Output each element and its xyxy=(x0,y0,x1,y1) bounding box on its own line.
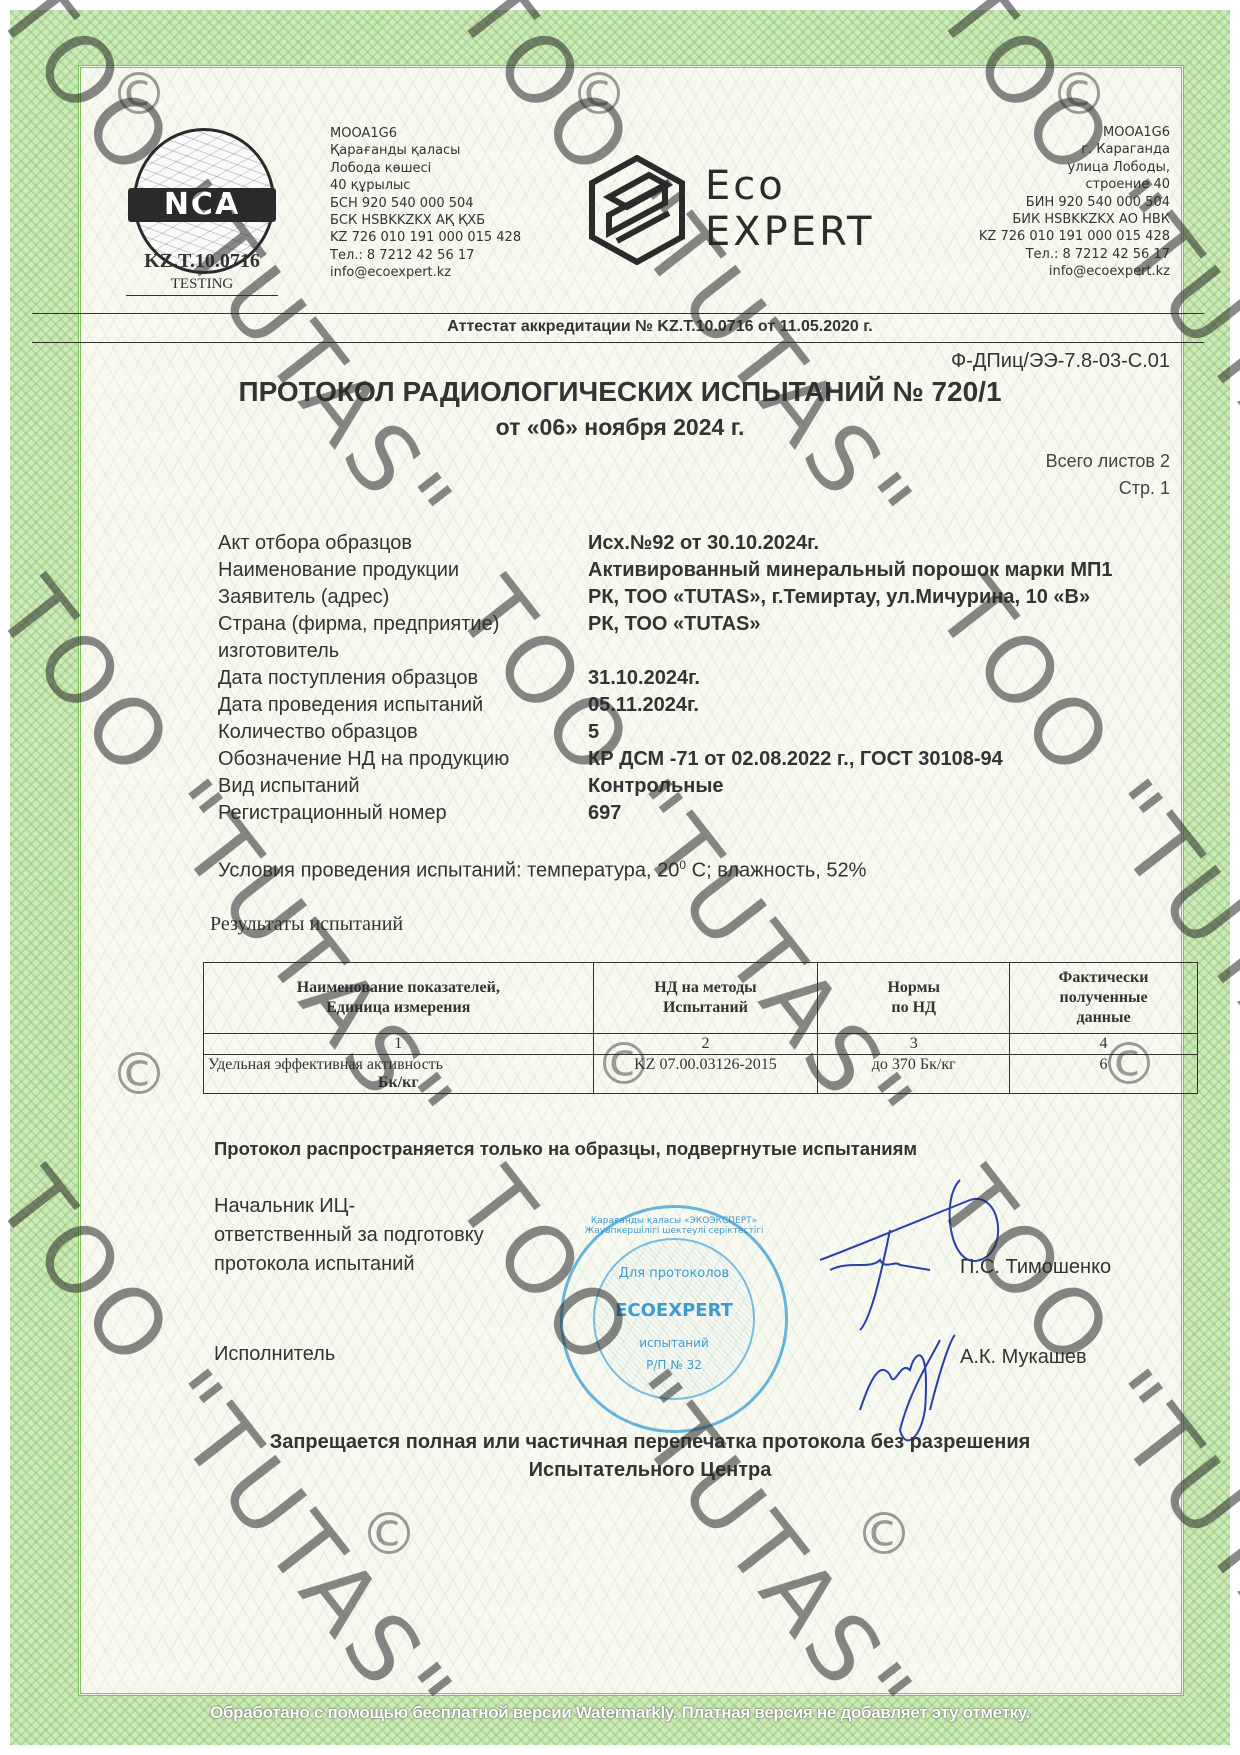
total-sheets: Всего листов 2 xyxy=(1046,448,1170,475)
address-line: БСК HSBKKZKX АҚ ҚХБ xyxy=(330,212,521,229)
info-value: 5 xyxy=(588,719,599,746)
info-label: Наименование продукции xyxy=(218,557,588,584)
page-number: Стр. 1 xyxy=(1046,475,1170,502)
sheet-info: Всего листов 2 Стр. 1 xyxy=(1046,448,1170,502)
stamp-reg-number: Р/П № 32 xyxy=(563,1358,785,1372)
prohibition-line: Испытательного Центра xyxy=(60,1456,1240,1484)
brand-line1: Eco xyxy=(705,163,874,209)
header-line: полученные xyxy=(1014,988,1193,1008)
header-line: данные xyxy=(1014,1008,1193,1028)
info-value: 697 xyxy=(588,800,621,827)
conditions-text: С; влажность, 52% xyxy=(686,860,866,882)
brand-name: Eco Expert xyxy=(705,163,874,255)
info-label: Количество образцов xyxy=(218,719,588,746)
address-line: г. Караганда xyxy=(979,141,1170,158)
column-number: 3 xyxy=(818,1034,1010,1055)
info-row: Дата поступления образцов31.10.2024г. xyxy=(218,665,1113,692)
column-header: Фактическиполученныеданные xyxy=(1010,963,1198,1034)
info-label: Дата проведения испытаний xyxy=(218,692,588,719)
column-header: Нормыпо НД xyxy=(818,963,1010,1034)
eco-expert-logo: Eco Expert xyxy=(587,155,907,265)
info-value: 31.10.2024г. xyxy=(588,665,700,692)
norm-cell: до 370 Бк/кг xyxy=(818,1055,1010,1094)
address-line: Қарағанды қаласы xyxy=(330,142,521,159)
info-label: Страна (фирма, предприятие) xyxy=(218,611,588,638)
conditions-text: Условия проведения испытаний: температур… xyxy=(218,860,679,882)
stamp-label: испытаний xyxy=(563,1336,785,1350)
info-value: Контрольные xyxy=(588,773,724,800)
info-value: РК, ТОО «TUTAS», г.Темиртау, ул.Мичурина… xyxy=(588,584,1090,611)
address-line: Тел.: 8 7212 42 56 17 xyxy=(330,247,521,264)
address-line: БИК HSBKKZKX АО НВК xyxy=(979,211,1170,228)
column-number: 1 xyxy=(204,1034,594,1055)
column-number: 4 xyxy=(1010,1034,1198,1055)
header-line: по НД xyxy=(822,998,1005,1018)
scope-disclaimer: Протокол распространяется только на обра… xyxy=(214,1138,917,1160)
stamp-brand: ECOEXPERT xyxy=(563,1300,785,1321)
indicator-unit: Бк/кг xyxy=(208,1074,589,1092)
role-line: ответственный за подготовку xyxy=(214,1221,484,1250)
table-row: Удельная эффективная активностьБк/кг KZ … xyxy=(204,1055,1198,1094)
info-row: Акт отбора образцовИсх.№92 от 30.10.2024… xyxy=(218,530,1113,557)
info-row: Количество образцов5 xyxy=(218,719,1113,746)
header-line: Нормы xyxy=(822,978,1005,998)
column-header: Наименование показателей,Единица измерен… xyxy=(204,963,594,1034)
address-line: KZ 726 010 191 000 015 428 xyxy=(979,228,1170,245)
address-kazakh: MOOA1G6 Қарағанды қаласы Лобода көшесі 4… xyxy=(330,125,521,282)
header-line: Наименование показателей, xyxy=(208,978,589,998)
info-label: изготовитель xyxy=(218,638,588,665)
nca-caption: TESTING xyxy=(126,276,278,296)
info-row: изготовитель xyxy=(218,638,1113,665)
info-row: Заявитель (адрес)РК, ТОО «TUTAS», г.Теми… xyxy=(218,584,1113,611)
indicator-cell: Удельная эффективная активностьБк/кг xyxy=(204,1055,594,1094)
method-cell: KZ 07.00.03126-2015 xyxy=(593,1055,818,1094)
executor-role: Исполнитель xyxy=(214,1343,335,1366)
address-line: 40 құрылыс xyxy=(330,177,521,194)
address-line: Тел.: 8 7212 42 56 17 xyxy=(979,246,1170,263)
info-label: Обозначение НД на продукцию xyxy=(218,746,588,773)
form-code: Ф-ДПиц/ЭЭ-7.8-03-С.01 xyxy=(951,350,1170,373)
stamp-outer-text: Қарағанды қаласы «ЭКОЭКСПЕРТ» Жауапкерші… xyxy=(563,1216,785,1236)
header-line: Испытаний xyxy=(598,998,814,1018)
address-line: KZ 726 010 191 000 015 428 xyxy=(330,229,521,246)
accreditation-certificate: Аттестат аккредитации № KZ.T.10.0716 от … xyxy=(0,318,1240,336)
address-line: БСН 920 540 000 504 xyxy=(330,195,521,212)
role-line: Начальник ИЦ- xyxy=(214,1192,484,1221)
watermarkly-note: Обработано с помощью бесплатной версии W… xyxy=(0,1703,1240,1723)
nca-accreditation-code: KZ.T.10.0716 xyxy=(126,250,278,273)
address-line: Лобода көшесі xyxy=(330,160,521,177)
address-line: MOOA1G6 xyxy=(979,124,1170,141)
document-title: ПРОТОКОЛ РАДИОЛОГИЧЕСКИХ ИСПЫТАНИЙ № 720… xyxy=(0,376,1240,408)
reprint-prohibition: Запрещается полная или частичная перепеч… xyxy=(0,1428,1240,1484)
column-number-row: 1 2 3 4 xyxy=(204,1034,1198,1055)
info-label: Регистрационный номер xyxy=(218,800,588,827)
stamp-label: Для протоколов xyxy=(563,1266,785,1281)
actual-value-cell: 6 xyxy=(1010,1055,1198,1094)
info-row: Дата проведения испытаний05.11.2024г. xyxy=(218,692,1113,719)
header-line: Фактически xyxy=(1014,968,1193,988)
hexagon-logo-icon xyxy=(587,155,687,265)
role-line: протокола испытаний xyxy=(214,1250,484,1279)
info-value: 05.11.2024г. xyxy=(588,692,699,719)
address-line: БИН 920 540 000 504 xyxy=(979,194,1170,211)
brand-line2: Expert xyxy=(705,209,874,255)
email-line: info@ecoexpert.kz xyxy=(330,264,521,281)
info-row: Вид испытанийКонтрольные xyxy=(218,773,1113,800)
header-line: НД на методы xyxy=(598,978,814,998)
info-row: Регистрационный номер697 xyxy=(218,800,1113,827)
info-label: Акт отбора образцов xyxy=(218,530,588,557)
divider xyxy=(32,313,1204,314)
nca-logo-text: NCA xyxy=(128,188,276,222)
info-row: Наименование продукцииАктивированный мин… xyxy=(218,557,1113,584)
test-conditions: Условия проведения испытаний: температур… xyxy=(218,858,866,883)
prohibition-line: Запрещается полная или частичная перепеч… xyxy=(60,1428,1240,1456)
table-header-row: Наименование показателей,Единица измерен… xyxy=(204,963,1198,1034)
info-label: Дата поступления образцов xyxy=(218,665,588,692)
info-value: РК, ТОО «TUTAS» xyxy=(588,611,760,638)
info-value: Активированный минеральный порошок марки… xyxy=(588,557,1113,584)
indicator-name: Удельная эффективная активность xyxy=(208,1056,589,1074)
column-number: 2 xyxy=(593,1034,818,1055)
official-stamp: Қарағанды қаласы «ЭКОЭКСПЕРТ» Жауапкерші… xyxy=(560,1205,788,1433)
email-line: info@ecoexpert.kz xyxy=(979,263,1170,280)
info-label: Заявитель (адрес) xyxy=(218,584,588,611)
info-value: Исх.№92 от 30.10.2024г. xyxy=(588,530,819,557)
info-row: Обозначение НД на продукциюКР ДСМ -71 от… xyxy=(218,746,1113,773)
address-line: MOOA1G6 xyxy=(330,125,521,142)
info-label: Вид испытаний xyxy=(218,773,588,800)
signatures-icon xyxy=(800,1160,1040,1460)
sample-info: Акт отбора образцовИсх.№92 от 30.10.2024… xyxy=(218,530,1113,827)
address-line: строение 40 xyxy=(979,176,1170,193)
results-table: Наименование показателей,Единица измерен… xyxy=(203,962,1198,1094)
address-russian: MOOA1G6 г. Караганда улица Лободы, строе… xyxy=(979,124,1170,281)
info-row: Страна (фирма, предприятие)РК, ТОО «TUTA… xyxy=(218,611,1113,638)
divider xyxy=(32,342,1204,343)
info-value: КР ДСМ -71 от 02.08.2022 г., ГОСТ 30108-… xyxy=(588,746,1003,773)
header-line: Единица измерения xyxy=(208,998,589,1018)
address-line: улица Лободы, xyxy=(979,159,1170,176)
column-header: НД на методыИспытаний xyxy=(593,963,818,1034)
head-role: Начальник ИЦ- ответственный за подготовк… xyxy=(214,1192,484,1279)
document-date: от «06» ноября 2024 г. xyxy=(0,414,1240,441)
results-caption: Результаты испытаний xyxy=(210,913,403,936)
